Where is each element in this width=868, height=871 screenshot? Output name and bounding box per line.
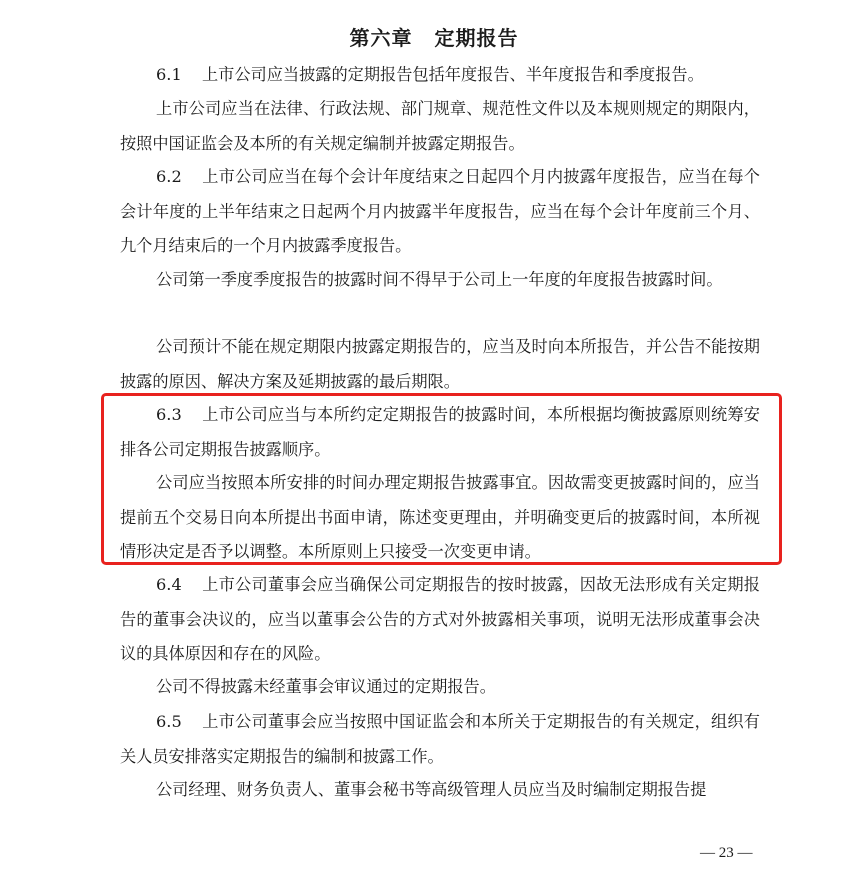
paragraph-6-2: 6.2上市公司应当在每个会计年度结束之日起四个月内披露年度报告，应当在每个会计年… [120,160,760,264]
paragraph-6-5: 6.5上市公司董事会应当按照中国证监会和本所关于定期报告的有关规定，组织有关人员… [120,705,760,774]
page-number: — 23 — [700,845,753,862]
paragraph: 公司应当按照本所安排的时间办理定期报告披露事宜。因故需变更披露时间的，应当提前五… [120,466,760,570]
paragraph: 公司经理、财务负责人、董事会秘书等高级管理人员应当及时编制定期报告提 [120,773,760,808]
chapter-name: 定期报告 [435,26,519,50]
chapter-number: 第六章 [350,26,413,50]
paragraph: 公司预计不能在规定期限内披露定期报告的，应当及时向本所报告，并公告不能按期披露的… [120,330,760,399]
paragraph: 上市公司应当在法律、行政法规、部门规章、规范性文件以及本规则规定的期限内，按照中… [120,92,760,161]
chapter-title: 第六章定期报告 [0,22,868,51]
paragraph-6-1: 6.1上市公司应当披露的定期报告包括年度报告、半年度报告和季度报告。 [120,58,760,93]
paragraph: 公司不得披露未经董事会审议通过的定期报告。 [120,670,760,705]
paragraph: 公司第一季度季度报告的披露时间不得早于公司上一年度的年度报告披露时间。 [120,263,760,298]
paragraph-6-3: 6.3上市公司应当与本所约定定期报告的披露时间，本所根据均衡披露原则统筹安排各公… [120,398,760,467]
paragraph-6-4: 6.4上市公司董事会应当确保公司定期报告的按时披露，因故无法形成有关定期报告的董… [120,568,760,672]
